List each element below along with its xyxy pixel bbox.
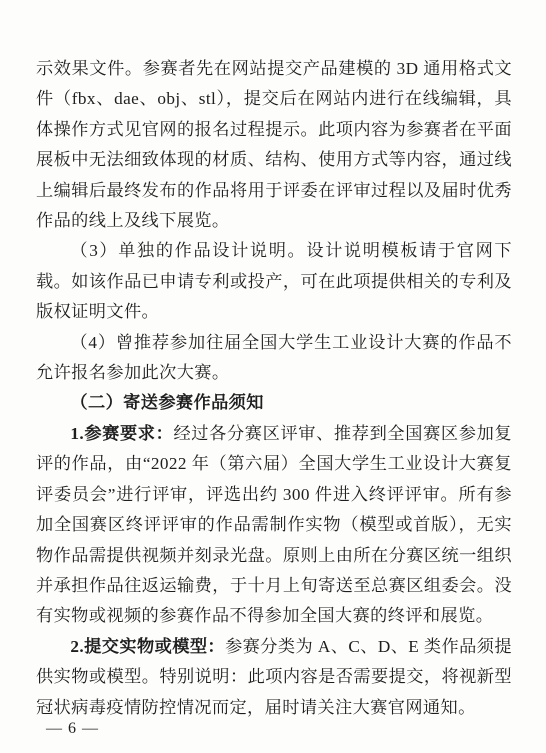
paragraph-requirement-1: 1.参赛要求：经过各分赛区评审、推荐到全国赛区参加复评的作品，由“2022 年（… [36,419,512,632]
document-body: 示效果文件。参赛者先在网站提交产品建模的 3D 通用格式文件（fbx、dae、o… [36,54,512,723]
paragraph-item-4: （4）曾推荐参加往届全国大学生工业设计大赛的作品不允许报名参加此次大赛。 [36,328,512,389]
section-heading-text: （二）寄送参赛作品须知 [70,393,263,412]
paragraph-text: （3）单独的作品设计说明。设计说明模板请于官网下载。如该作品已申请专利或投产，可… [36,241,512,321]
section-heading-2: （二）寄送参赛作品须知 [36,388,512,418]
paragraph-text: 经过各分赛区评审、推荐到全国赛区参加复评的作品，由“2022 年（第六届）全国大… [36,424,512,625]
paragraph-lead-label: 2.提交实物或模型： [70,637,225,656]
paragraph-item-3: （3）单独的作品设计说明。设计说明模板请于官网下载。如该作品已申请专利或投产，可… [36,236,512,327]
page-number: — 6 — [46,720,99,738]
paragraph-continuation: 示效果文件。参赛者先在网站提交产品建模的 3D 通用格式文件（fbx、dae、o… [36,54,512,236]
paragraph-lead-label: 1.参赛要求： [70,424,173,443]
paragraph-requirement-2: 2.提交实物或模型：参赛分类为 A、C、D、E 类作品须提供实物或模型。特别说明… [36,632,512,723]
document-page: 示效果文件。参赛者先在网站提交产品建模的 3D 通用格式文件（fbx、dae、o… [0,0,546,753]
paragraph-text: （4）曾推荐参加往届全国大学生工业设计大赛的作品不允许报名参加此次大赛。 [36,333,512,382]
paragraph-text: 示效果文件。参赛者先在网站提交产品建模的 3D 通用格式文件（fbx、dae、o… [36,59,512,230]
